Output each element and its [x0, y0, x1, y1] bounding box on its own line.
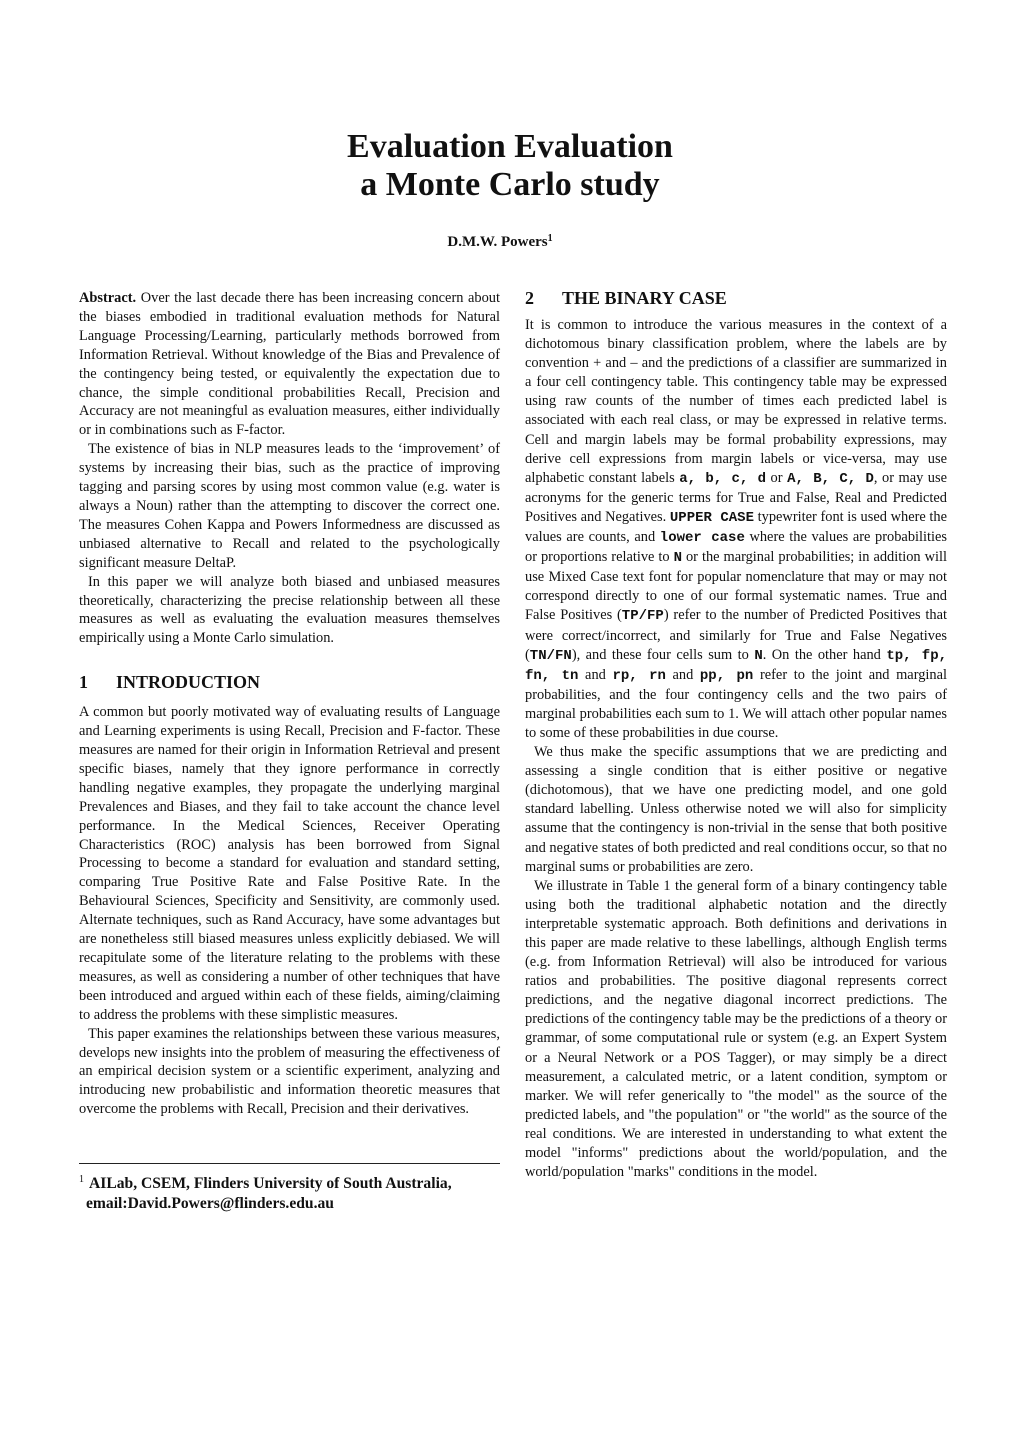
- mono-term: TP/FP: [622, 608, 664, 624]
- intro-paragraph-1: A common but poorly motivated way of eva…: [79, 703, 500, 1024]
- author-name: D.M.W. Powers: [447, 234, 547, 250]
- abstract-text-1: Over the last decade there has been incr…: [79, 290, 500, 438]
- title-line-1: Evaluation Evaluation: [0, 128, 1020, 166]
- title-line-2: a Monte Carlo study: [0, 166, 1020, 204]
- section-title: INTRODUCTION: [116, 672, 260, 692]
- mono-term: N: [674, 550, 682, 566]
- text-run: ), and these four cells sum to: [572, 647, 755, 663]
- section-heading-binary-case: 2THE BINARY CASE: [525, 287, 947, 309]
- author-line: D.M.W. Powers1: [0, 233, 1000, 251]
- footnote-affiliation: AILab, CSEM, Flinders University of Sout…: [89, 1175, 452, 1192]
- mono-term: TN/FN: [530, 648, 572, 664]
- mono-term: N: [754, 648, 762, 664]
- text-run: It is common to introduce the various me…: [525, 317, 947, 486]
- mono-term: rp, rn: [612, 668, 665, 684]
- author-footnote-mark: 1: [548, 233, 553, 244]
- footnote-email: email:David.Powers@flinders.edu.au: [79, 1194, 500, 1214]
- intro-paragraph-2: This paper examines the relationships be…: [79, 1025, 500, 1120]
- mono-term: pp, pn: [700, 668, 753, 684]
- section-number: 2: [525, 287, 562, 309]
- right-column: 2THE BINARY CASE It is common to introdu…: [525, 287, 947, 1182]
- mono-term: A, B, C, D: [787, 471, 874, 487]
- abstract-paragraph-2: The existence of bias in NLP measures le…: [79, 440, 500, 572]
- mono-term: UPPER CASE: [670, 510, 754, 526]
- section-number: 1: [79, 671, 116, 693]
- binary-paragraph-1: It is common to introduce the various me…: [525, 316, 947, 743]
- binary-paragraph-3: We illustrate in Table 1 the general for…: [525, 877, 947, 1183]
- mono-term: a, b, c, d: [679, 471, 766, 487]
- text-run: . On the other hand: [763, 647, 887, 663]
- text-run: and: [666, 667, 700, 683]
- text-run: and: [578, 667, 612, 683]
- abstract-label: Abstract.: [79, 290, 136, 306]
- binary-paragraph-2: We thus make the specific assumptions th…: [525, 743, 947, 877]
- paper-title: Evaluation Evaluation a Monte Carlo stud…: [0, 128, 1020, 204]
- section-title: THE BINARY CASE: [562, 288, 727, 308]
- footnote-mark: 1: [79, 1170, 89, 1190]
- abstract-paragraph-3: In this paper we will analyze both biase…: [79, 573, 500, 649]
- footnote: 1AILab, CSEM, Flinders University of Sou…: [79, 1170, 500, 1214]
- mono-term: lower case: [660, 530, 745, 546]
- abstract-paragraph-1: Abstract. Over the last decade there has…: [79, 289, 500, 440]
- section-heading-introduction: 1INTRODUCTION: [79, 671, 500, 693]
- left-column: Abstract. Over the last decade there has…: [79, 289, 500, 1119]
- footnote-divider: [79, 1163, 500, 1164]
- text-run: or: [766, 470, 787, 486]
